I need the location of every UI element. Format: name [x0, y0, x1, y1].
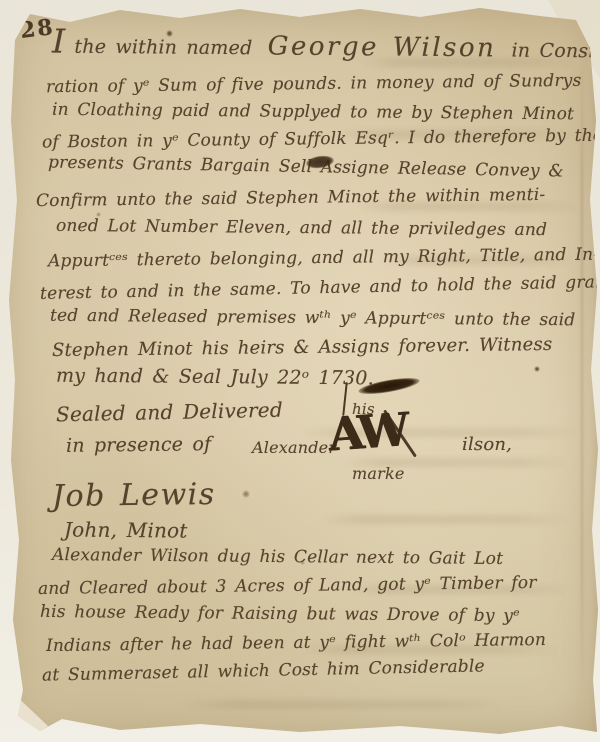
sealed-delivered-line: Sealed and Delivered [56, 398, 283, 427]
note-line: his house Ready for Raising but was Drov… [40, 602, 520, 626]
page-number: 28 [19, 14, 57, 44]
deed-line: oned Lot Number Eleven, and all the priv… [56, 216, 547, 240]
witness-signature-john-minot: John, Minot [64, 517, 188, 542]
opening-text: I the within named [52, 33, 253, 60]
bleed-through-text [180, 700, 510, 709]
grantor-name: George Wilson [268, 31, 497, 63]
ink-speck [166, 30, 173, 37]
paper-crease [581, 55, 583, 695]
note-line: Alexander Wilson dug his Cellar next to … [52, 545, 503, 569]
in-presence-line: in presence of [66, 433, 212, 457]
signature-mark: AW [327, 409, 407, 454]
bleed-through-text [320, 515, 570, 524]
manuscript-scan: 28 I the within named George Wilson in C… [0, 0, 600, 742]
ink-speck [534, 366, 540, 372]
opening-text-cont: in Conside- [511, 40, 600, 63]
paper-stain [300, 560, 305, 565]
signer-first-name: Alexander [252, 438, 336, 457]
signer-last-name: ilson, [462, 434, 512, 455]
deed-opening-line: I the within named George Wilson in Cons… [52, 30, 600, 65]
paper-stain [96, 212, 101, 217]
mark-label: marke [352, 464, 405, 483]
manuscript-page: 28 I the within named George Wilson in C… [0, 0, 600, 742]
witness-signature-job-lewis: Job Lewis [52, 477, 216, 514]
paper-stain [242, 490, 250, 498]
deed-line-date: my hand & Seal July 22ᵒ 1730. [56, 365, 374, 390]
